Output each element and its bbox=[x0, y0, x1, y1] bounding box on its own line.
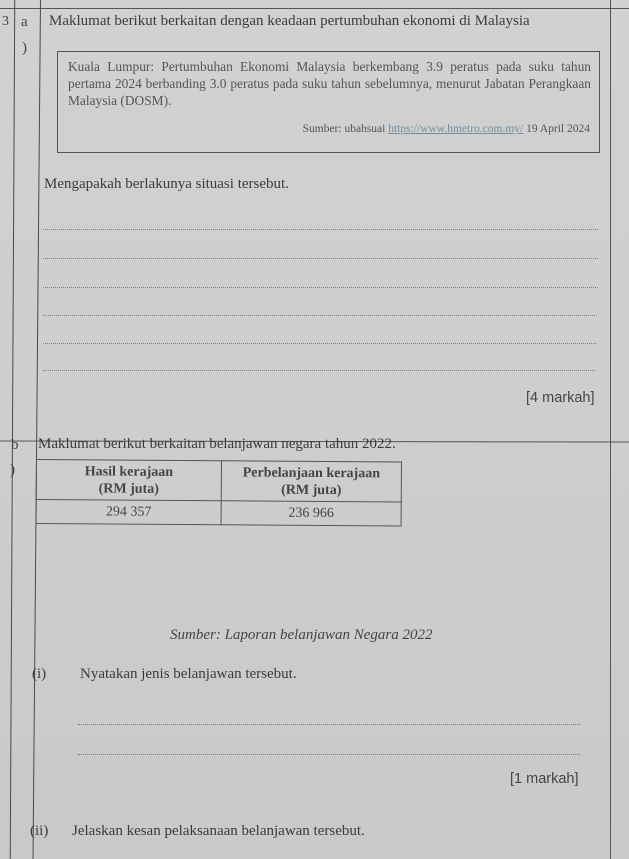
news-quote-text: Kuala Lumpur: Pertumbuhan Ekonomi Malays… bbox=[68, 59, 591, 108]
cell-expenditure: 236 966 bbox=[221, 501, 401, 526]
answer-line[interactable] bbox=[78, 754, 580, 755]
answer-line[interactable] bbox=[43, 287, 598, 288]
exam-page: 3 a ) Maklumat berikut berkaitan dengan … bbox=[0, 0, 629, 859]
part-a-paren: ) bbox=[22, 40, 27, 57]
budget-table: Hasil kerajaan (RM juta) Perbelanjaan ke… bbox=[36, 459, 402, 527]
header-revenue: Hasil kerajaan (RM juta) bbox=[36, 460, 221, 501]
answer-line[interactable] bbox=[43, 229, 598, 230]
part-a-marks: [4 markah] bbox=[526, 390, 595, 406]
answer-line[interactable] bbox=[43, 370, 595, 371]
news-quote-box: Kuala Lumpur: Pertumbuhan Ekonomi Malays… bbox=[57, 51, 600, 153]
part-b-prompt: Maklumat berikut berkaitan belanjawan ne… bbox=[38, 436, 396, 453]
source-link[interactable]: https://www.hmetro.com.my/ bbox=[388, 123, 523, 135]
right-margin-rule bbox=[610, 0, 611, 859]
part-a-question: Mengapakah berlakunya situasi tersebut. bbox=[44, 176, 289, 193]
label-column-rule bbox=[33, 0, 41, 859]
sub-i-question: Nyatakan jenis belanjawan tersebut. bbox=[80, 666, 297, 683]
left-margin-rule bbox=[10, 0, 15, 859]
source-date: 19 April 2024 bbox=[526, 123, 590, 135]
cell-revenue: 294 357 bbox=[36, 500, 221, 525]
part-b-label: b bbox=[11, 437, 19, 454]
answer-line[interactable] bbox=[43, 315, 597, 316]
top-rule bbox=[0, 8, 629, 9]
sub-i-marks: [1 markah] bbox=[510, 771, 579, 787]
table-row: 294 357 236 966 bbox=[36, 500, 401, 527]
part-b-paren: ) bbox=[10, 462, 15, 479]
header-expenditure: Perbelanjaan kerajaan (RM juta) bbox=[221, 461, 401, 502]
source-prefix: Sumber: ubahsuai bbox=[303, 123, 386, 135]
part-a-prompt: Maklumat berikut berkaitan dengan keadaa… bbox=[49, 13, 530, 30]
sub-ii-question: Jelaskan kesan pelaksanaan belanjawan te… bbox=[72, 823, 365, 840]
sub-i-label: (i) bbox=[32, 666, 46, 683]
sub-ii-label: (ii) bbox=[30, 823, 48, 840]
answer-line[interactable] bbox=[43, 343, 596, 344]
answer-line[interactable] bbox=[43, 258, 598, 259]
question-number-fragment: 3 bbox=[2, 14, 9, 30]
table-source: Sumber: Laporan belanjawan Negara 2022 bbox=[170, 627, 433, 644]
answer-line[interactable] bbox=[78, 724, 580, 725]
news-quote-source: Sumber: ubahsuai https://www.hmetro.com.… bbox=[303, 121, 590, 138]
table-header-row: Hasil kerajaan (RM juta) Perbelanjaan ke… bbox=[36, 460, 401, 503]
part-a-label: a bbox=[21, 14, 28, 31]
